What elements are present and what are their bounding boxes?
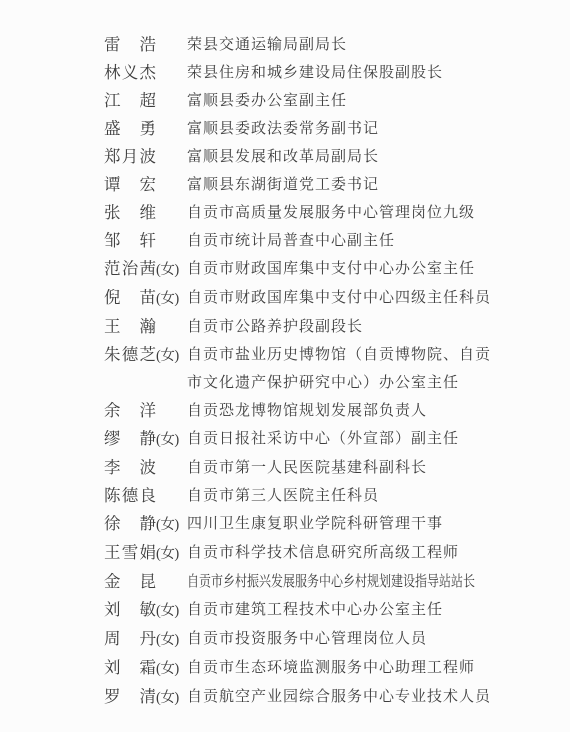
person-position: 自贡市科学技术信息研究所高级工程师 [187,539,560,567]
list-item: 王雪娟(女) 自贡市科学技术信息研究所高级工程师 [104,539,560,568]
person-name: 徐静 [104,510,156,538]
person-name: 林义杰 [104,59,156,87]
name-cell: 罗清(女) [104,683,187,712]
gender-note: (女) [156,342,179,370]
person-name: 缪静 [104,425,156,453]
name-cell: 缪静(女) [104,425,187,454]
name-cell: 刘敏(女) [104,596,187,625]
person-position: 富顺县委政法委常务副书记 [187,115,560,143]
gender-note: (女) [156,511,179,539]
person-position: 四川卫生康复职业学院科研管理干事 [187,510,560,538]
person-position: 富顺县委办公室副主任 [187,87,560,115]
person-position: 自贡市第三人医院主任科员 [187,482,560,510]
name-cell: 郑月波 [104,143,187,171]
name-cell: 余洋 [104,397,187,425]
gender-note: (女) [156,626,179,654]
name-cell: 雷浩 [104,31,187,59]
gender-note: (女) [156,426,179,454]
person-position: 自贡恐龙博物馆规划发展部负责人 [187,397,560,425]
person-position: 富顺县发展和改革局副局长 [187,143,560,171]
person-name: 倪苗 [104,284,156,312]
list-item: 刘敏(女) 自贡市建筑工程技术中心办公室主任 [104,596,560,625]
list-item: 谭宏 富顺县东湖街道党工委书记 [104,171,560,199]
list-item: 陈德良 自贡市第三人医院主任科员 [104,482,560,510]
person-name: 罗清 [104,683,156,711]
name-cell: 张维 [104,199,187,227]
person-name: 刘敏 [104,596,156,624]
name-cell: 陈德良 [104,482,187,510]
person-name: 王雪娟 [104,539,156,567]
name-cell: 王雪娟(女) [104,539,187,568]
entries-list: 雷浩 荣县交通运输局副局长 林义杰 荣县住房和城乡建设局住保股副股长 江超 富顺… [104,31,560,712]
list-item: 邹轩 自贡市统计局普查中心副主任 [104,227,560,255]
person-name: 谭宏 [104,171,156,199]
person-name: 盛勇 [104,115,156,143]
list-item: 倪苗(女) 自贡市财政国库集中支付中心四级主任科员 [104,284,560,313]
list-item: 江超 富顺县委办公室副主任 [104,87,560,115]
gender-note: (女) [156,655,179,683]
person-position: 荣县住房和城乡建设局住保股副股长 [187,59,560,87]
list-item: 郑月波 富顺县发展和改革局副局长 [104,143,560,171]
gender-note: (女) [156,285,179,313]
person-position: 自贡市统计局普查中心副主任 [187,227,560,255]
name-cell: 周丹(女) [104,625,187,654]
name-cell: 金昆 [104,568,187,596]
list-item: 徐静(女) 四川卫生康复职业学院科研管理干事 [104,510,560,539]
list-item: 盛勇 富顺县委政法委常务副书记 [104,115,560,143]
list-item: 罗清(女) 自贡航空产业园综合服务中心专业技术人员 [104,683,560,712]
name-cell: 盛勇 [104,115,187,143]
person-position: 自贡市投资服务中心管理岗位人员 [187,625,560,653]
gender-note: (女) [156,540,179,568]
name-cell: 刘霜(女) [104,654,187,683]
person-name: 江超 [104,87,156,115]
person-position: 荣县交通运输局副局长 [187,31,560,59]
person-position: 自贡市财政国库集中支付中心四级主任科员 [187,284,560,312]
list-item: 缪静(女) 自贡日报社采访中心（外宣部）副主任 [104,425,560,454]
person-name: 刘霜 [104,654,156,682]
name-cell: 林义杰 [104,59,187,87]
person-name: 李波 [104,454,156,482]
person-position: 自贡市建筑工程技术中心办公室主任 [187,596,560,624]
person-position: 自贡市高质量发展服务中心管理岗位九级 [187,199,560,227]
person-position: 自贡航空产业园综合服务中心专业技术人员 [187,683,560,711]
list-item: 朱德芝(女) 自贡市盐业历史博物馆（自贡博物院、自贡 市文化遗产保护研究中心）办… [104,341,560,397]
list-item: 余洋 自贡恐龙博物馆规划发展部负责人 [104,397,560,425]
list-item: 李波 自贡市第一人民医院基建科副科长 [104,454,560,482]
name-cell: 徐静(女) [104,510,187,539]
person-name: 雷浩 [104,31,156,59]
person-name: 郑月波 [104,143,156,171]
person-position: 自贡市盐业历史博物馆（自贡博物院、自贡 市文化遗产保护研究中心）办公室主任 [187,341,560,397]
person-position: 自贡市生态环境监测服务中心助理工程师 [187,654,560,682]
gender-note: (女) [156,256,179,284]
person-name: 张维 [104,199,156,227]
document-page: 雷浩 荣县交通运输局副局长 林义杰 荣县住房和城乡建设局住保股副股长 江超 富顺… [0,0,570,732]
person-name: 陈德良 [104,482,156,510]
name-cell: 范治茜(女) [104,255,187,284]
name-cell: 朱德芝(女) [104,341,187,370]
gender-note: (女) [156,684,179,712]
person-name: 余洋 [104,397,156,425]
list-item: 刘霜(女) 自贡市生态环境监测服务中心助理工程师 [104,654,560,683]
name-cell: 王瀚 [104,313,187,341]
person-name: 周丹 [104,625,156,653]
person-position: 自贡日报社采访中心（外宣部）副主任 [187,425,560,453]
person-name: 邹轩 [104,227,156,255]
person-name: 范治茜 [104,255,156,283]
person-name: 金昆 [104,568,156,596]
name-cell: 倪苗(女) [104,284,187,313]
list-item: 周丹(女) 自贡市投资服务中心管理岗位人员 [104,625,560,654]
list-item: 王瀚 自贡市公路养护段副段长 [104,313,560,341]
name-cell: 谭宏 [104,171,187,199]
person-position: 自贡市公路养护段副段长 [187,313,560,341]
person-position: 富顺县东湖街道党工委书记 [187,171,560,199]
list-item: 范治茜(女) 自贡市财政国库集中支付中心办公室主任 [104,255,560,284]
list-item: 金昆 自贡市乡村振兴发展服务中心乡村规划建设指导站站长 [104,568,560,596]
gender-note: (女) [156,597,179,625]
person-position: 自贡市财政国库集中支付中心办公室主任 [187,255,560,283]
person-position: 自贡市第一人民医院基建科副科长 [187,454,560,482]
list-item: 雷浩 荣县交通运输局副局长 [104,31,560,59]
name-cell: 江超 [104,87,187,115]
person-name: 王瀚 [104,313,156,341]
person-position: 自贡市乡村振兴发展服务中心乡村规划建设指导站站长 [187,568,485,596]
name-cell: 李波 [104,454,187,482]
person-name: 朱德芝 [104,341,156,369]
name-cell: 邹轩 [104,227,187,255]
list-item: 林义杰 荣县住房和城乡建设局住保股副股长 [104,59,560,87]
list-item: 张维 自贡市高质量发展服务中心管理岗位九级 [104,199,560,227]
